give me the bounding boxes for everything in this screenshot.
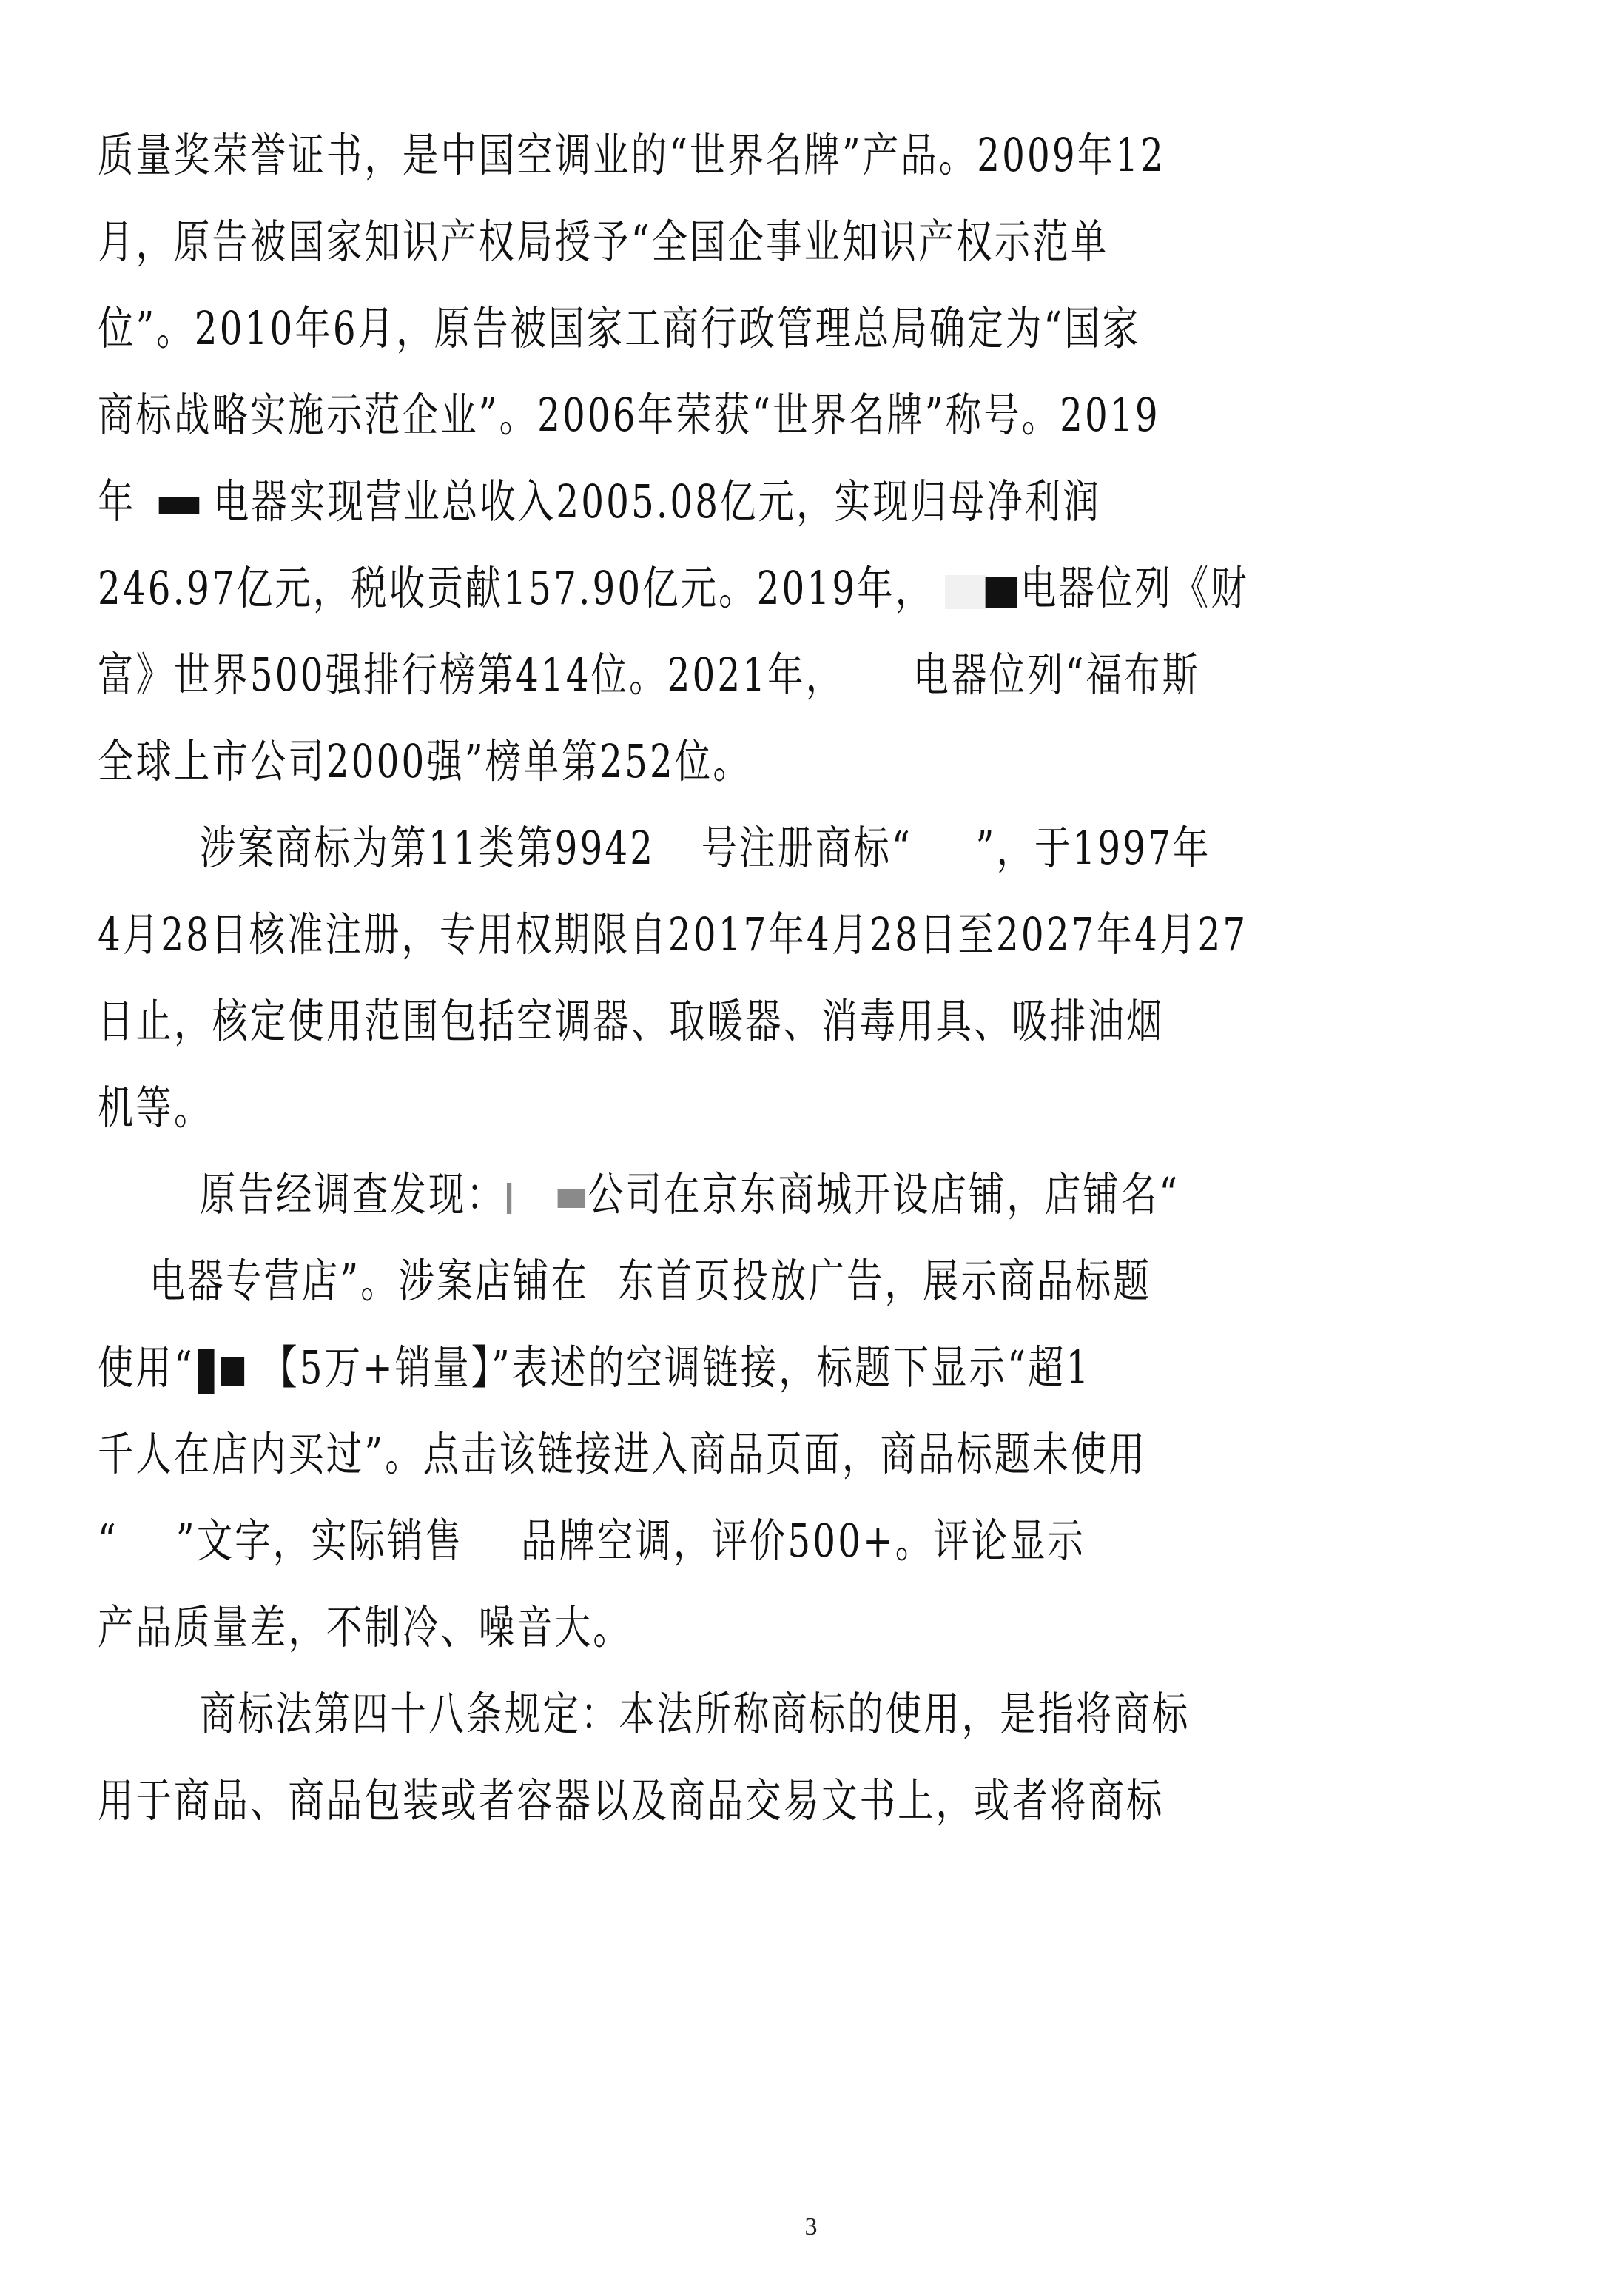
text-line: 原告经调查发现：公司在京东商城开设店铺，店铺名“: [200, 1158, 1180, 1232]
text-line: 全球上市公司2000强”榜单第252位。: [98, 725, 751, 799]
text-segment: 号注册商标“: [701, 821, 912, 875]
text-segment: 东首页投放广告，展示商品标题: [618, 1254, 1151, 1308]
document-page: 质量奖荣誉证书，是中国空调业的“世界名牌”产品。2009年12 月，原告被国家知…: [0, 0, 1622, 2296]
text-segment: 电器位列“福布斯: [913, 648, 1200, 702]
text-line: 涉案商标为第11类第9942号注册商标“”，于1997年: [200, 811, 1211, 885]
text-segment: 使用“: [98, 1340, 195, 1394]
text-line: 4月28日核准注册，专用权期限自2017年4月28日至2027年4月27: [98, 898, 1248, 972]
text-segment: 富》世界500强排行榜第414位。2021年，: [98, 648, 844, 702]
text-line: 富》世界500强排行榜第414位。2021年，电器位列“福布斯: [98, 638, 1200, 712]
text-segment: 公司在京东商城开设店铺，店铺名“: [588, 1167, 1180, 1221]
redaction-block: [198, 1349, 214, 1394]
text-line: 246.97亿元，税收贡献157.90亿元。2019年，电器位列《财: [98, 551, 1249, 625]
redaction-block: [507, 1183, 511, 1214]
text-line: 年电器实现营业总收入2005.08亿元，实现归母净利润: [98, 465, 1101, 539]
text-line: 月，原告被国家知识产权局授予“全国企事业知识产权示范单: [98, 205, 1108, 279]
text-segment: 品牌空调，评价500+。评论显示: [521, 1514, 1086, 1568]
text-segment: 电器实现营业总收入2005.08亿元，实现归母净利润: [213, 474, 1101, 528]
text-segment: 246.97亿元，税收贡献157.90亿元。2019年，: [98, 561, 933, 615]
text-line: 产品质量差，不制冷、噪音大。: [98, 1591, 631, 1665]
text-line: 使用“【5万+销量】”表述的空调链接，标题下显示“超1: [98, 1331, 1091, 1405]
redaction-block: [558, 1189, 585, 1208]
redaction-block: [159, 497, 200, 514]
text-segment: ”，于1997年: [976, 821, 1211, 875]
page-number: 3: [0, 2213, 1622, 2241]
text-line: 机等。: [98, 1071, 212, 1145]
text-segment: 原告经调查发现：: [200, 1167, 505, 1221]
text-line: 千人在店内买过”。点击该链接进入商品页面，商品标题未使用: [98, 1417, 1147, 1491]
text-segment: 电器位列《财: [1020, 561, 1249, 615]
redaction-block: [945, 575, 986, 609]
text-line: 商标战略实施示范企业”。2006年荣获“世界名牌”称号。2019: [98, 378, 1160, 452]
text-line: 质量奖荣誉证书，是中国空调业的“世界名牌”产品。2009年12: [98, 118, 1165, 192]
text-segment: 电器专营店”。涉案店铺在: [149, 1254, 589, 1308]
text-line: 位”。2010年6月，原告被国家工商行政管理总局确定为“国家: [98, 292, 1140, 366]
redaction-block: [221, 1357, 244, 1386]
text-line: 用于商品、商品包装或者容器以及商品交易文书上，或者将商标: [98, 1764, 1164, 1838]
redaction-block: [985, 577, 1017, 608]
text-segment: ”文字，实际销售: [176, 1514, 463, 1568]
text-segment: “: [98, 1514, 118, 1568]
text-line: 电器专营店”。涉案店铺在东首页投放广告，展示商品标题: [149, 1244, 1151, 1318]
text-line: 日止，核定使用范围包括空调器、取暖器、消毒用具、吸排油烟: [98, 984, 1164, 1058]
text-segment: 年: [98, 474, 135, 528]
text-segment: 涉案商标为第11类第9942: [200, 821, 655, 875]
text-segment: 【5万+销量】”表述的空调链接，标题下显示“超1: [261, 1340, 1091, 1394]
text-line: 商标法第四十八条规定：本法所称商标的使用，是指将商标: [200, 1677, 1190, 1751]
text-line: “”文字，实际销售品牌空调，评价500+。评论显示: [98, 1504, 1086, 1578]
